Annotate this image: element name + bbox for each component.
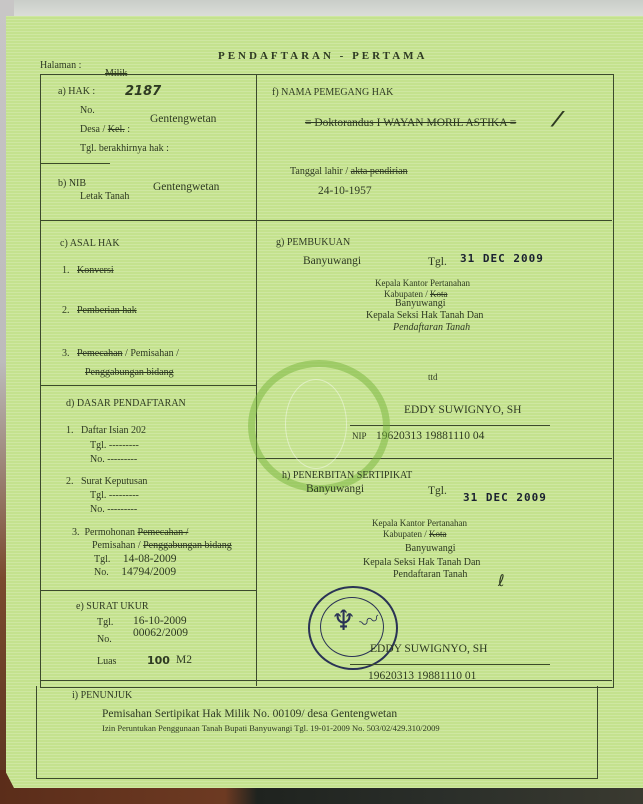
- asal-hak-item-3-line2: Penggabungan bidang: [85, 367, 174, 378]
- penerbitan-office-city: Banyuwangi: [405, 543, 456, 554]
- letak-tanah-value: Gentengwetan: [153, 181, 219, 194]
- divider-a-b: [40, 163, 110, 164]
- pembukuan-tgl-label: Tgl.: [428, 256, 447, 269]
- no-label: No.: [80, 105, 95, 116]
- pembukuan-section-line2: Pendaftaran Tanah: [393, 322, 470, 333]
- check-mark-icon: ⁄: [556, 108, 559, 130]
- dasar-item-2-tgl: Tgl. ---------: [90, 490, 139, 501]
- penerbitan-place: Banyuwangi: [306, 483, 364, 496]
- dasar-item-3: 3. Permohonan Pemecahan /: [72, 527, 188, 538]
- section-c-label: c) ASAL HAK: [60, 238, 120, 249]
- signature-line-h: [350, 664, 550, 665]
- dasar-item-1: 1. Daftar Isian 202: [66, 425, 146, 436]
- letak-tanah-label: Letak Tanah: [80, 191, 129, 202]
- luas-value: 100: [147, 655, 170, 667]
- penerbitan-office-line2: Kabupaten / Kota: [383, 530, 446, 540]
- asal-hak-item-1: 1. Konversi: [62, 265, 114, 276]
- luas-unit: M2: [176, 654, 192, 667]
- pembukuan-nip: 19620313 19881110 04: [376, 430, 484, 443]
- pembukuan-office-city: Banyuwangi: [395, 298, 446, 309]
- divider-d-e: [40, 590, 256, 591]
- signature-initial-icon: ℓ: [498, 572, 505, 590]
- penerbitan-official-name: EDDY SUWIGNYO, SH: [370, 643, 487, 656]
- penerbitan-nip: 19620313 19881110 01: [368, 670, 476, 683]
- dasar-item-1-no: No. ---------: [90, 454, 137, 465]
- dasar-item-2: 2. Surat Keputusan: [66, 476, 147, 487]
- ttd-label: ttd: [428, 373, 438, 383]
- official-seal-icon: ♆: [308, 586, 398, 670]
- halaman-label: Halaman :: [40, 60, 81, 71]
- tgl-berakhir-label: Tgl. berakhirnya hak :: [80, 143, 169, 154]
- dasar-item-3-line2: Pemisahan / Penggabungan bidang: [92, 540, 232, 551]
- desa-label: Desa / Kel. :: [80, 124, 130, 135]
- surat-ukur-tgl-value: 16-10-2009: [133, 615, 187, 628]
- divider-c-d: [40, 385, 256, 386]
- section-a-label: a) HAK :: [58, 86, 95, 97]
- page-title: PENDAFTARAN - PERTAMA: [218, 50, 427, 62]
- penerbitan-section-line1: Kepala Seksi Hak Tanah Dan: [363, 557, 480, 568]
- section-b-label: b) NIB: [58, 178, 86, 189]
- asal-hak-item-2: 2. Pemberian hak: [62, 305, 137, 316]
- surat-ukur-no-value: 00062/2009: [133, 627, 188, 640]
- section-d-label: d) DASAR PENDAFTARAN: [66, 398, 186, 409]
- surat-ukur-tgl-label: Tgl.: [97, 617, 113, 628]
- luas-label: Luas: [97, 656, 116, 667]
- divider-i: [40, 680, 612, 681]
- surat-ukur-no-label: No.: [97, 634, 112, 645]
- divider-row1: [40, 220, 612, 221]
- dasar-item-3-tgl: Tgl. 14-08-2009: [94, 553, 177, 566]
- pembukuan-section-line1: Kepala Seksi Hak Tanah Dan: [366, 310, 483, 321]
- penunjuk-line2: Izin Peruntukan Penggunaan Tanah Bupati …: [102, 724, 440, 733]
- pembukuan-date-stamp: 31 DEC 2009: [460, 253, 544, 265]
- penerbitan-section-line2: Pendaftaran Tanah: [393, 569, 467, 580]
- tanggal-lahir-value: 24-10-1957: [318, 185, 372, 198]
- tanggal-lahir-label: Tanggal lahir / akta pendirian: [290, 166, 408, 177]
- holder-name: = Doktorandus I WAYAN MORIL ASTIKA =: [305, 117, 516, 130]
- penerbitan-date-stamp: 31 DEC 2009: [463, 492, 547, 504]
- desa-value: Gentengwetan: [150, 113, 216, 126]
- penerbitan-office-line1: Kepala Kantor Pertanahan: [372, 519, 467, 529]
- section-g-label: g) PEMBUKUAN: [276, 237, 350, 248]
- section-h-label: h) PENERBITAN SERTIPIKAT: [282, 470, 412, 481]
- column-divider: [256, 74, 257, 686]
- penerbitan-tgl-label: Tgl.: [428, 485, 447, 498]
- dasar-item-3-no: No. 14794/2009: [94, 566, 176, 579]
- pembukuan-office-line1: Kepala Kantor Pertanahan: [375, 279, 470, 289]
- penunjuk-line1: Pemisahan Sertipikat Hak Milik No. 00109…: [102, 708, 397, 721]
- hak-number-handwritten: 2187: [125, 85, 161, 99]
- section-e-label: e) SURAT UKUR: [76, 601, 149, 612]
- asal-hak-item-3: 3. Pemecahan / Pemisahan /: [62, 348, 179, 359]
- hak-type-struck: Milik: [105, 68, 127, 79]
- dasar-item-2-no: No. ---------: [90, 504, 137, 515]
- pembukuan-official-name: EDDY SUWIGNYO, SH: [404, 404, 521, 417]
- section-f-label: f) NAMA PEMEGANG HAK: [272, 87, 393, 98]
- pembukuan-place: Banyuwangi: [303, 255, 361, 268]
- section-i-label: i) PENUNJUK: [72, 690, 132, 701]
- dasar-item-1-tgl: Tgl. ---------: [90, 440, 139, 451]
